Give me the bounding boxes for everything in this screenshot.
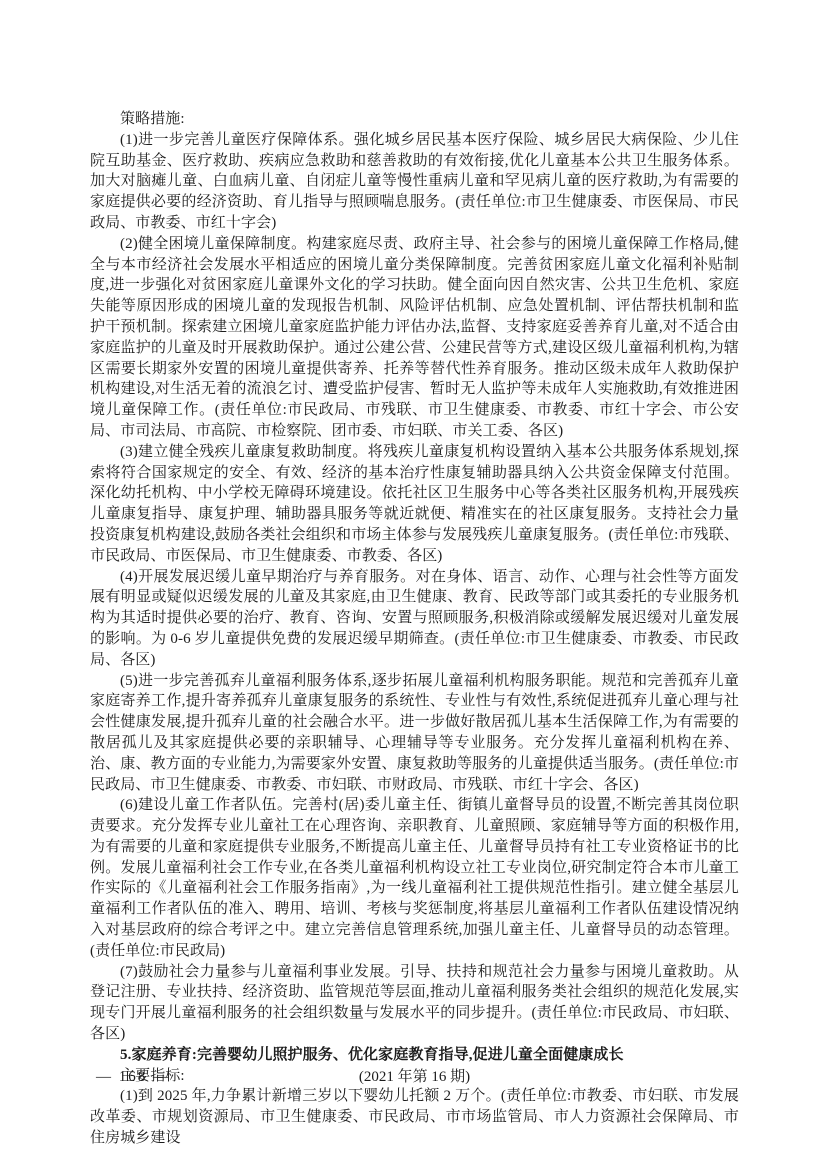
measure-item-2: (2)健全困境儿童保障制度。构建家庭尽责、政府主导、社会参与的困境儿童保障工作格… bbox=[90, 234, 739, 442]
page-body: 策略措施: (1)进一步完善儿童医疗保障体系。强化城乡居民基本医疗保险、城乡居民… bbox=[90, 109, 739, 1149]
page-footer: — 168 — (2021 年第 16 期) bbox=[90, 1066, 739, 1088]
measure-item-3: (3)建立健全残疾儿童康复救助制度。将残疾儿童康复机构设置纳入基本公共服务体系规… bbox=[90, 442, 739, 567]
measure-item-7: (7)鼓励社会力量参与儿童福利事业发展。引导、扶持和规范社会力量参与困境儿童救助… bbox=[90, 962, 739, 1045]
measure-item-6: (6)建设儿童工作者队伍。完善村(居)委儿童主任、街镇儿童督导员的设置,不断完善… bbox=[90, 795, 739, 961]
issue-label: (2021 年第 16 期) bbox=[90, 1066, 739, 1088]
strategy-measures-heading: 策略措施: bbox=[90, 109, 739, 130]
measure-item-1: (1)进一步完善儿童医疗保障体系。强化城乡居民基本医疗保险、城乡居民大病保险、少… bbox=[90, 130, 739, 234]
indicator-item-1: (1)到 2025 年,力争累计新增三岁以下婴幼儿托额 2 万个。(责任单位:市… bbox=[90, 1086, 739, 1148]
document-page: 策略措施: (1)进一步完善儿童医疗保障体系。强化城乡居民基本医疗保险、城乡居民… bbox=[0, 0, 827, 1170]
section-5-heading: 5.家庭养育:完善婴幼儿照护服务、优化家庭教育指导,促进儿童全面健康成长 bbox=[90, 1045, 739, 1066]
measure-item-4: (4)开展发展迟缓儿童早期治疗与养育服务。对在身体、语言、动作、心理与社会性等方… bbox=[90, 567, 739, 671]
measure-item-5: (5)进一步完善孤弃儿童福利服务体系,逐步拓展儿童福利机构服务职能。规范和完善孤… bbox=[90, 671, 739, 796]
